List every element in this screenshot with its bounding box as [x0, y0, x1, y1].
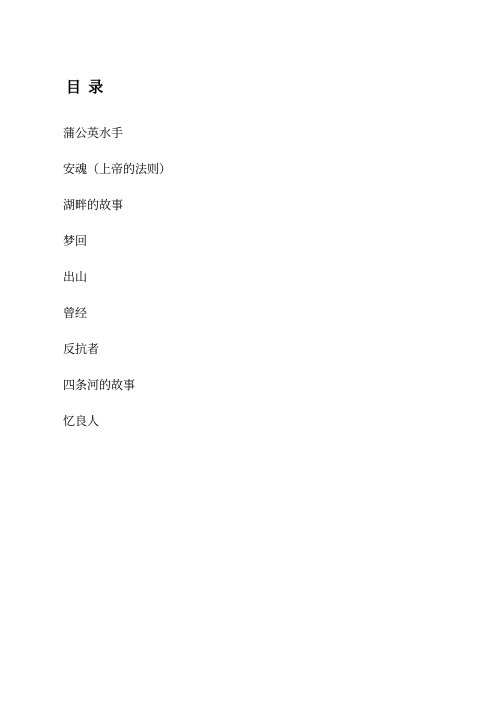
- toc-item: 四条河的故事: [63, 379, 171, 392]
- toc-item: 安魂（上帝的法则）: [63, 163, 171, 176]
- toc-item: 湖畔的故事: [63, 199, 171, 212]
- toc-item: 反抗者: [63, 343, 171, 356]
- toc-title: 目 录: [66, 78, 104, 96]
- toc-item: 出山: [63, 271, 171, 284]
- document-page: 目 录 蒲公英水手 安魂（上帝的法则） 湖畔的故事 梦回 出山 曾经 反抗者 四…: [0, 0, 501, 711]
- toc-item: 梦回: [63, 235, 171, 248]
- toc-item: 曾经: [63, 307, 171, 320]
- toc-list: 蒲公英水手 安魂（上帝的法则） 湖畔的故事 梦回 出山 曾经 反抗者 四条河的故…: [63, 127, 171, 451]
- toc-item: 忆良人: [63, 415, 171, 428]
- toc-item: 蒲公英水手: [63, 127, 171, 140]
